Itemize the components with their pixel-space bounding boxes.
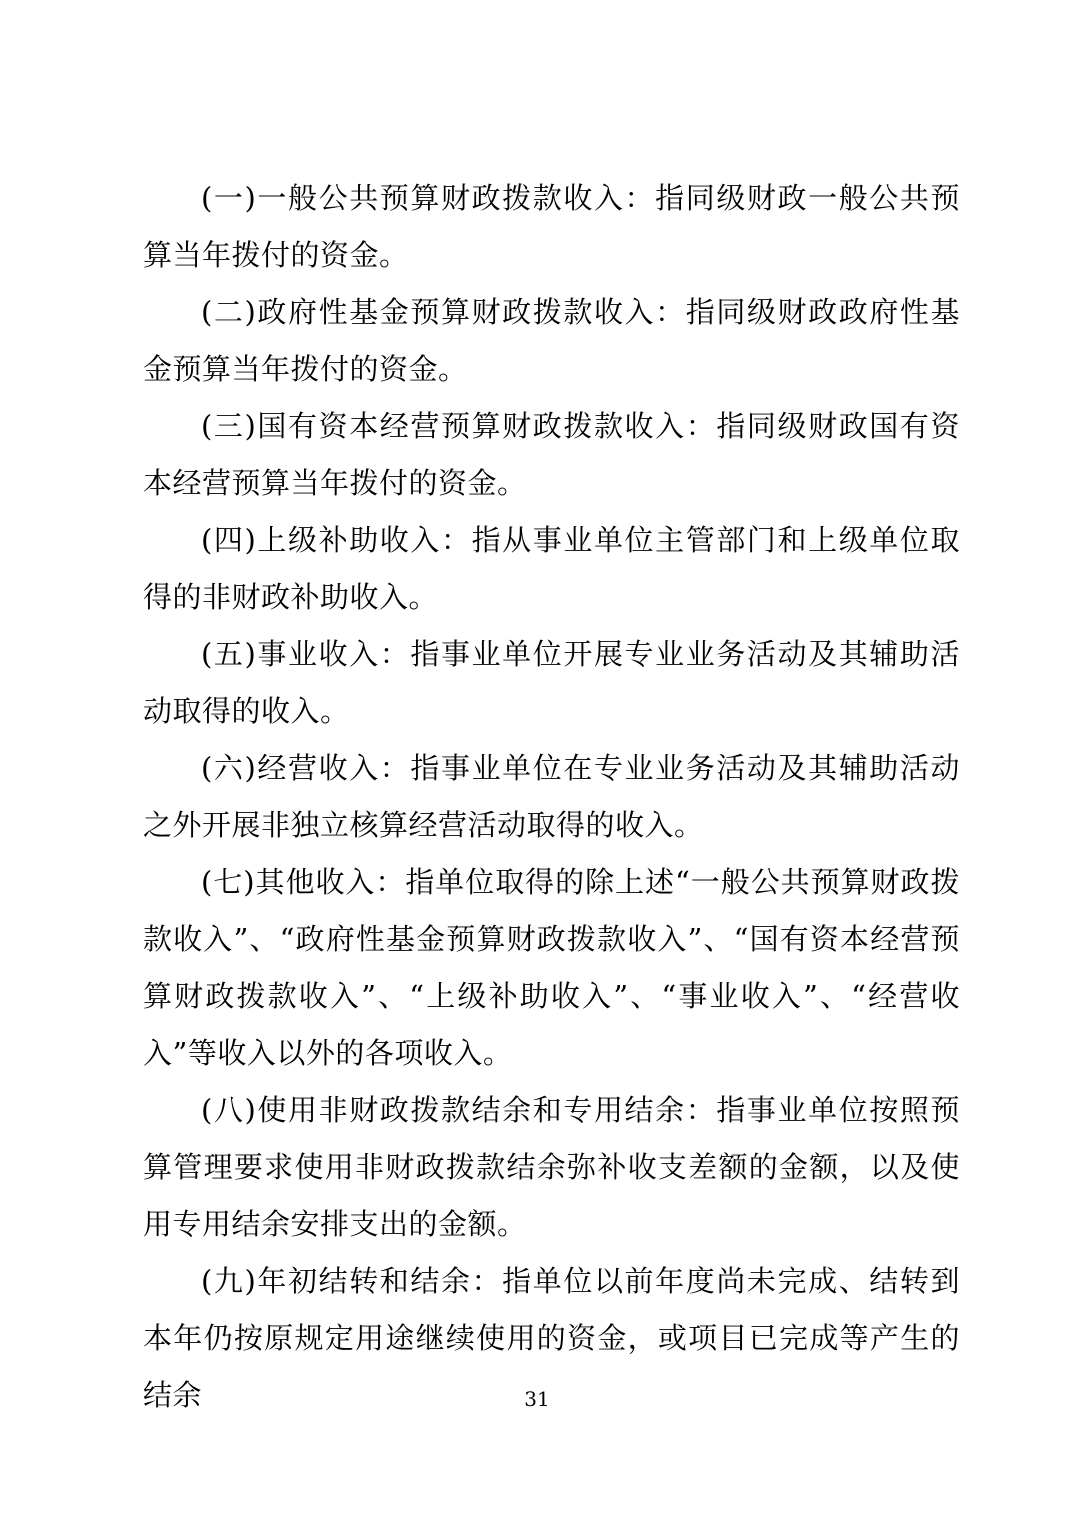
document-page: (一)一般公共预算财政拨款收入：指同级财政一般公共预算当年拨付的资金。 (二)政…	[0, 0, 1074, 1520]
paragraph-item-6: (六)经营收入：指事业单位在专业业务活动及其辅助活动之外开展非独立核算经营活动取…	[143, 740, 960, 854]
paragraph-item-3: (三)国有资本经营预算财政拨款收入：指同级财政国有资本经营预算当年拨付的资金。	[143, 398, 960, 512]
paragraph-item-4: (四)上级补助收入：指从事业单位主管部门和上级单位取得的非财政补助收入。	[143, 512, 960, 626]
paragraph-item-1: (一)一般公共预算财政拨款收入：指同级财政一般公共预算当年拨付的资金。	[143, 170, 960, 284]
paragraph-item-7: (七)其他收入：指单位取得的除上述“一般公共预算财政拨款收入”、“政府性基金预算…	[143, 854, 960, 1082]
page-number: 31	[0, 1386, 1074, 1412]
paragraph-item-5: (五)事业收入：指事业单位开展专业业务活动及其辅助活动取得的收入。	[143, 626, 960, 740]
paragraph-item-2: (二)政府性基金预算财政拨款收入：指同级财政政府性基金预算当年拨付的资金。	[143, 284, 960, 398]
paragraph-item-8: (八)使用非财政拨款结余和专用结余：指事业单位按照预算管理要求使用非财政拨款结余…	[143, 1082, 960, 1253]
document-body: (一)一般公共预算财政拨款收入：指同级财政一般公共预算当年拨付的资金。 (二)政…	[143, 170, 960, 1424]
